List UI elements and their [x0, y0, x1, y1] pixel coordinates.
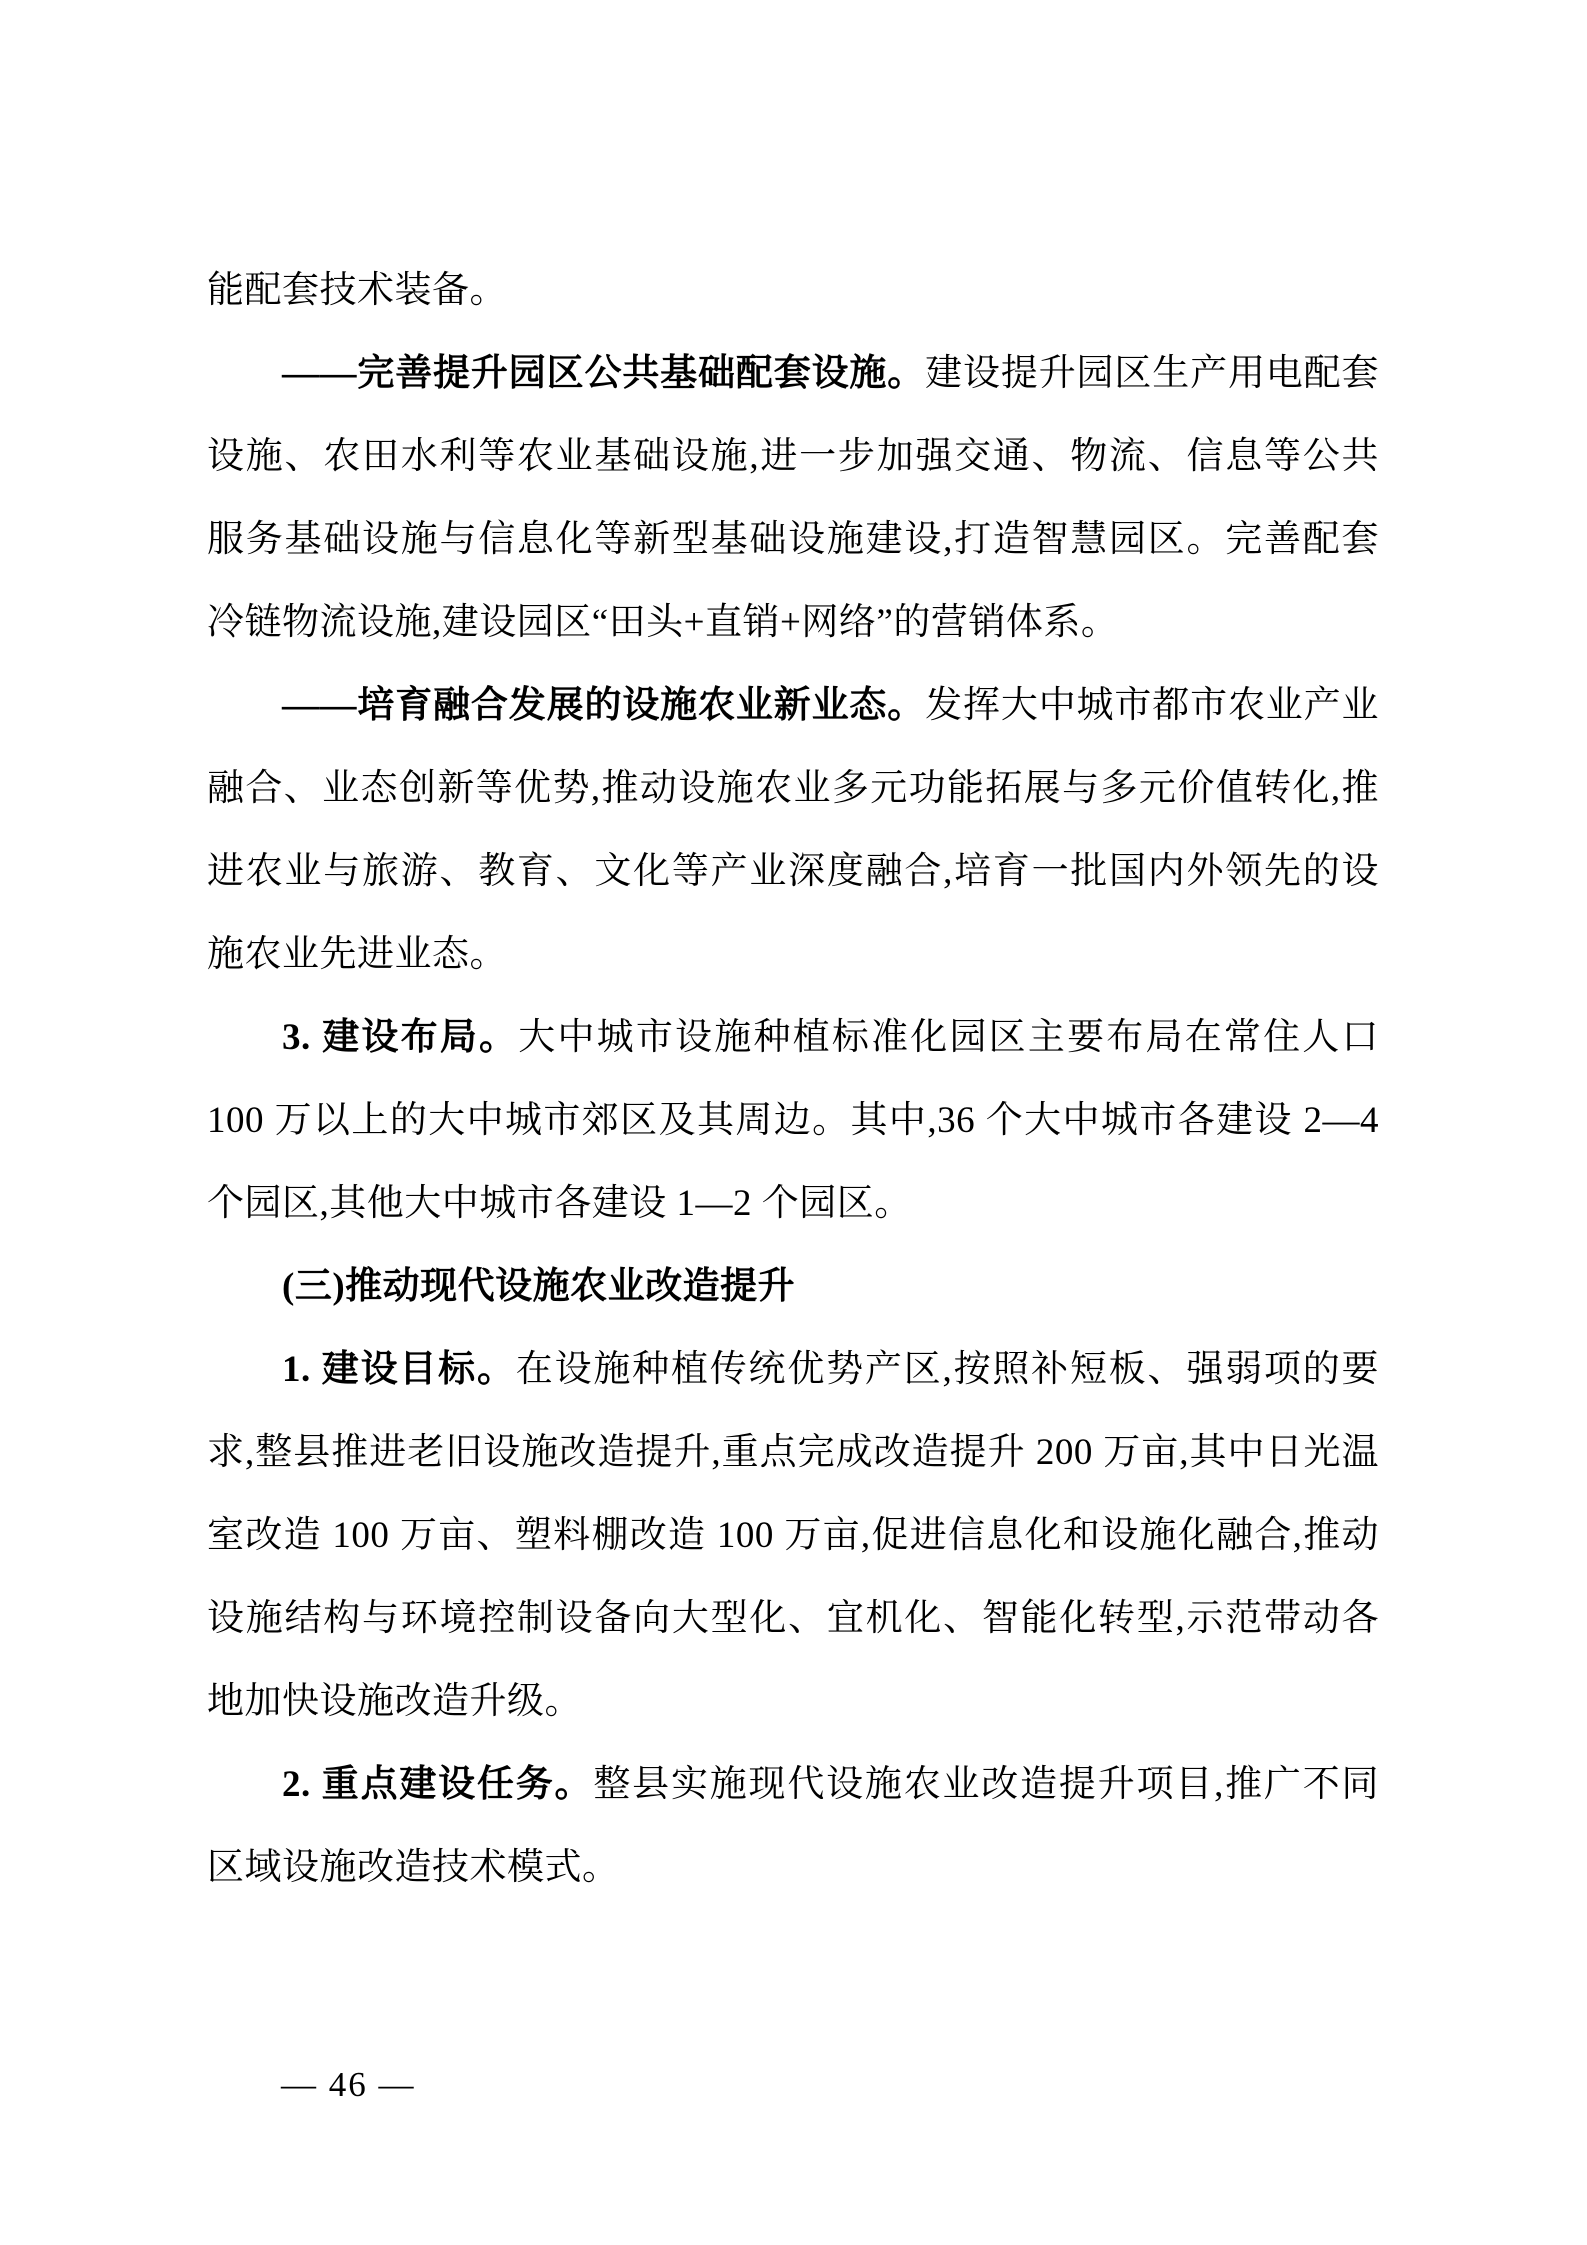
paragraph-continuation: 能配套技术装备。 [207, 249, 1379, 332]
paragraph-item-1-construction-goal: 1. 建设目标。在设施种植传统优势产区,按照补短板、强弱项的要求,整县推进老旧设… [207, 1328, 1379, 1743]
text-segment: 发挥大中城市都市农业产业融合、业态创新等优势,推动设施农业多元功能拓展与多元价值… [207, 685, 1379, 975]
bold-text-segment: 1. 建设目标。 [282, 1349, 516, 1390]
text-segment: 能配套技术装备。 [207, 270, 507, 311]
page-number: — 46 — [281, 2065, 416, 2104]
paragraph-heading-section-three: (三)推动现代设施农业改造提升 [207, 1245, 1379, 1328]
bold-text-segment: 2. 重点建设任务。 [282, 1764, 593, 1805]
document-body: 能配套技术装备。——完善提升园区公共基础配套设施。建设提升园区生产用电配套设施、… [207, 249, 1379, 1909]
paragraph-dash-cultivate-new-business: ——培育融合发展的设施农业新业态。发挥大中城市都市农业产业融合、业态创新等优势,… [207, 664, 1379, 996]
bold-text-segment: (三)推动现代设施农业改造提升 [282, 1266, 795, 1307]
paragraph-item-3-construction-layout: 3. 建设布局。大中城市设施种植标准化园区主要布局在常住人口 100 万以上的大… [207, 996, 1379, 1245]
page-footer: — 46 — [238, 2022, 416, 2148]
text-segment: 建设提升园区生产用电配套设施、农田水利等农业基础设施,进一步加强交通、物流、信息… [207, 353, 1379, 643]
paragraph-dash-improve-park-infrastructure: ——完善提升园区公共基础配套设施。建设提升园区生产用电配套设施、农田水利等农业基… [207, 332, 1379, 664]
bold-text-segment: ——完善提升园区公共基础配套设施。 [282, 353, 925, 394]
paragraph-item-2-key-tasks: 2. 重点建设任务。整县实施现代设施农业改造提升项目,推广不同区域设施改造技术模… [207, 1743, 1379, 1909]
document-page: 能配套技术装备。——完善提升园区公共基础配套设施。建设提升园区生产用电配套设施、… [0, 0, 1587, 2245]
bold-text-segment: ——培育融合发展的设施农业新业态。 [282, 685, 925, 726]
text-segment: 在设施种植传统优势产区,按照补短板、强弱项的要求,整县推进老旧设施改造提升,重点… [207, 1349, 1379, 1722]
bold-text-segment: 3. 建设布局。 [282, 1017, 518, 1058]
